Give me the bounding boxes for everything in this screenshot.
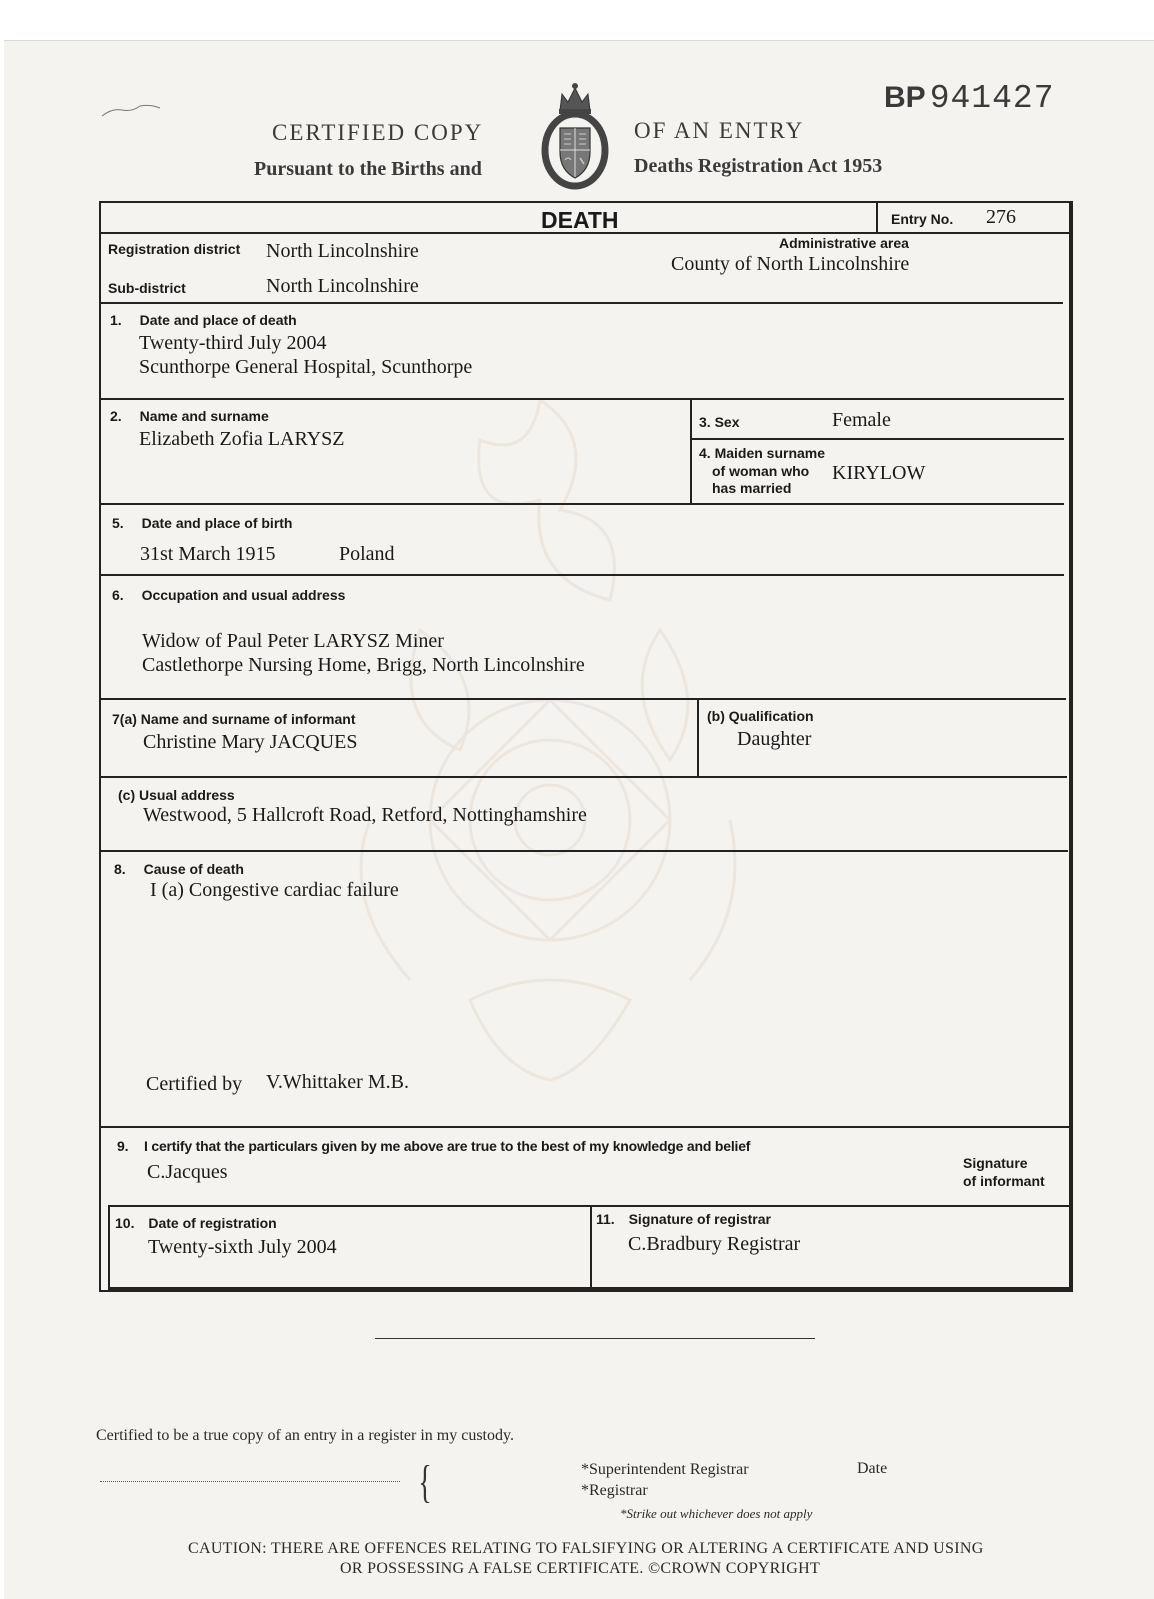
frame-edge [1069, 201, 1071, 1289]
serial-number: BP 941427 [884, 80, 1055, 117]
date-of-registration-value: Twenty-sixth July 2004 [148, 1236, 337, 1259]
informant-address-value: Westwood, 5 Hallcroft Road, Retford, Not… [143, 804, 587, 827]
entry-no-label: Entry No. [891, 211, 953, 227]
field-number: 1. [110, 312, 122, 328]
field-label: Date of registration [148, 1215, 276, 1231]
informant-signature-value: C.Jacques [147, 1161, 228, 1184]
informant-name-value: Christine Mary JACQUES [143, 731, 357, 754]
registration-district-label: Registration district [108, 241, 240, 257]
serial-prefix: BP [884, 81, 926, 114]
divider [101, 1126, 1069, 1128]
registrar-option: *Registrar [581, 1482, 648, 1500]
maiden-surname-label-2: of woman who [712, 463, 809, 479]
divider [101, 302, 1063, 304]
informant-name-label: 7(a) Name and surname of informant [112, 711, 356, 727]
certified-by-value: V.Whittaker M.B. [266, 1071, 409, 1094]
cause-of-death-value: I (a) Congestive cardiac failure [150, 879, 399, 902]
header-title-left: CERTIFIED COPY [272, 120, 483, 146]
registration-district-value: North Lincolnshire [266, 240, 419, 263]
royal-coat-of-arms-icon [538, 80, 612, 192]
place-of-birth-value: Poland [339, 543, 395, 566]
divider [876, 203, 878, 233]
superintendent-registrar-option: *Superintendent Registrar [581, 1461, 749, 1479]
maiden-surname-value: KIRYLOW [832, 462, 925, 485]
signature-of-informant-label-1: Signature [963, 1155, 1028, 1171]
sub-district-label: Sub-district [108, 280, 186, 296]
signature-of-informant-label-2: of informant [963, 1173, 1045, 1189]
qualification-value: Daughter [737, 728, 811, 751]
certified-copy-statement: Certified to be a true copy of an entry … [96, 1427, 514, 1445]
usual-address-value: Castlethorpe Nursing Home, Brigg, North … [142, 654, 585, 677]
qualification-label: (b) Qualification [707, 708, 814, 724]
entry-no-value: 276 [986, 206, 1016, 229]
sex-label: 3. Sex [699, 414, 739, 430]
divider [101, 698, 1066, 700]
field-5-label: 5. Date and place of birth [112, 515, 293, 531]
serial-digits: 941427 [930, 80, 1055, 117]
administrative-area-label: Administrative area [779, 235, 909, 251]
field-number: 11. [596, 1211, 615, 1227]
sub-district-value: North Lincolnshire [266, 275, 419, 298]
administrative-area-value: County of North Lincolnshire [671, 253, 909, 276]
sex-value: Female [832, 409, 891, 432]
field-number: 8. [114, 861, 126, 877]
field-label: Cause of death [144, 861, 244, 877]
divider [697, 700, 699, 778]
field-11-label: 11. Signature of registrar [596, 1211, 771, 1227]
field-9-label: 9. I certify that the particulars given … [117, 1138, 750, 1154]
brace-icon: { [418, 1455, 431, 1508]
divider [108, 1205, 1070, 1207]
divider [590, 1207, 592, 1287]
divider [101, 574, 1064, 576]
field-6-label: 6. Occupation and usual address [112, 587, 345, 603]
divider [101, 503, 1064, 505]
field-8-label: 8. Cause of death [114, 861, 244, 877]
header-subtitle-right: Deaths Registration Act 1953 [634, 155, 882, 178]
certified-by-label: Certified by [146, 1073, 242, 1096]
field-label: Date and place of birth [142, 515, 293, 531]
divider [101, 232, 1071, 234]
signature-dotted-line [100, 1481, 400, 1482]
form-type-title: DEATH [541, 207, 619, 234]
deceased-name-value: Elizabeth Zofia LARYSZ [139, 428, 345, 451]
divider [101, 776, 1067, 778]
header-title-right: OF AN ENTRY [634, 118, 804, 144]
field-number: 9. [117, 1138, 128, 1154]
divider [690, 399, 692, 505]
frame-edge [108, 1287, 1071, 1290]
divider [101, 850, 1068, 852]
occupation-value: Widow of Paul Peter LARYSZ Miner [142, 630, 444, 653]
usual-address-label: (c) Usual address [118, 787, 235, 803]
certifying-signature-line [375, 1338, 815, 1339]
strike-out-note: *Strike out whichever does not apply [620, 1506, 812, 1522]
divider [101, 398, 1064, 400]
header-subtitle-left: Pursuant to the Births and [254, 158, 482, 181]
date-label: Date [857, 1460, 887, 1478]
field-label: I certify that the particulars given by … [144, 1138, 750, 1154]
field-2-label: 2. Name and surname [110, 408, 269, 424]
divider [692, 438, 1064, 440]
field-number: 10. [115, 1215, 134, 1231]
maiden-surname-label-3: has married [712, 480, 791, 496]
field-label: Date and place of death [140, 312, 297, 328]
registrar-signature-value: C.Bradbury Registrar [628, 1233, 800, 1256]
field-number: 6. [112, 587, 124, 603]
field-label: Name and surname [140, 408, 269, 424]
caution-line-2: OR POSSESSING A FALSE CERTIFICATE. ©CROW… [340, 1560, 820, 1578]
date-of-birth-value: 31st March 1915 [140, 543, 276, 566]
field-number: 5. [112, 515, 124, 531]
caution-line-1: CAUTION: THERE ARE OFFENCES RELATING TO … [188, 1540, 984, 1558]
field-1-label: 1. Date and place of death [110, 312, 297, 328]
field-label: Signature of registrar [629, 1211, 771, 1227]
place-of-death-value: Scunthorpe General Hospital, Scunthorpe [139, 356, 472, 379]
field-10-label: 10. Date of registration [115, 1215, 277, 1231]
frame-edge [108, 1205, 110, 1289]
field-label: Occupation and usual address [142, 587, 346, 603]
date-of-death-value: Twenty-third July 2004 [139, 332, 326, 355]
maiden-surname-label-1: 4. Maiden surname [699, 445, 825, 461]
field-number: 2. [110, 408, 122, 424]
pen-mark-icon [100, 100, 162, 118]
